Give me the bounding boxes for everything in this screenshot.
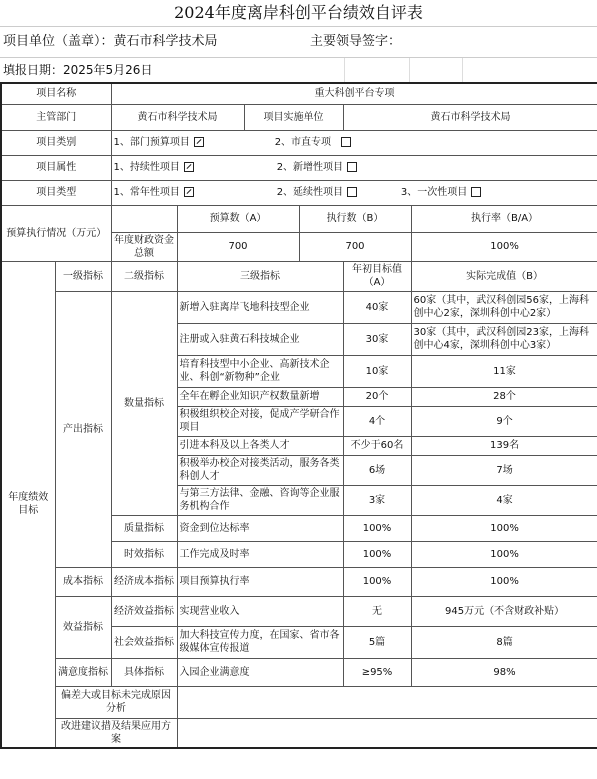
row-deviation: 偏差大或目标未完成原因分析: [1, 686, 597, 718]
indicator-name: 入园企业满意度: [177, 658, 343, 686]
target-value: 100%: [343, 541, 411, 567]
target-value: ≥95%: [343, 658, 411, 686]
satisfaction-indicator-label: 满意度指标: [55, 658, 111, 686]
indicator-name: 全年在孵企业知识产权数量新增: [177, 387, 343, 406]
indicator-name: 项目预算执行率: [177, 567, 343, 596]
evaluation-table: 项目名称 重大科创平台专项 主管部门 黄石市科学技术局 项目实施单位 黄石市科学…: [0, 82, 597, 749]
target-value: 3家: [343, 485, 411, 515]
actual-value: 100%: [411, 541, 597, 567]
checkbox-checked-icon[interactable]: [184, 187, 194, 197]
project-unit-label: 项目单位（盖章）：黄石市科学技术局: [3, 27, 218, 57]
attribute-options: 1、持续性项目 2、新增性项目: [111, 155, 597, 180]
row-project-name: 项目名称 重大科创平台专项: [1, 83, 597, 104]
checkbox-empty-icon[interactable]: [471, 187, 481, 197]
target-value: 不少于60名: [343, 436, 411, 455]
header-level1: 一级指标: [55, 261, 111, 291]
actual-value: 9个: [411, 406, 597, 436]
social-benefit-label: 社会效益指标: [111, 626, 177, 658]
budget-col-b: 执行数（B）: [299, 205, 411, 232]
target-value: 20个: [343, 387, 411, 406]
actual-value: 100%: [411, 567, 597, 596]
cost-indicator-label: 成本指标: [55, 567, 111, 596]
row-attribute: 项目属性 1、持续性项目 2、新增性项目: [1, 155, 597, 180]
type-options: 1、常年性项目 2、延续性项目 3、一次性项目: [111, 180, 597, 205]
quality-indicator-label: 质量指标: [111, 515, 177, 541]
deviation-label: 偏差大或目标未完成原因分析: [55, 686, 177, 718]
budget-rate-value: 100%: [411, 232, 597, 261]
table-row: 成本指标 经济成本指标 项目预算执行率 100% 100%: [1, 567, 597, 596]
econ-benefit-label: 经济效益指标: [111, 596, 177, 626]
indicator-name: 实现营业收入: [177, 596, 343, 626]
target-value: 6场: [343, 455, 411, 485]
row-improvement: 改进建议措及结果应用方案: [1, 718, 597, 748]
indicator-name: 与第三方法律、金融、咨询等企业服务机构合作: [177, 485, 343, 515]
row-budget-header: 预算执行情况（万元） 预算数（A） 执行数（B） 执行率（B/A）: [1, 205, 597, 232]
type-option-2[interactable]: 2、延续性项目: [277, 186, 398, 199]
econ-cost-label: 经济成本指标: [111, 567, 177, 596]
target-value: 100%: [343, 515, 411, 541]
category-option-1[interactable]: 1、部门预算项目: [114, 136, 272, 149]
benefit-indicator-label: 效益指标: [55, 596, 111, 658]
impl-unit-label: 项目实施单位: [244, 104, 343, 130]
deviation-value[interactable]: [177, 686, 597, 718]
indicator-name: 培育科技型中小企业、高新技术企业、科创“新物种”企业: [177, 355, 343, 387]
row-type: 项目类型 1、常年性项目 2、延续性项目 3、一次性项目: [1, 180, 597, 205]
actual-value: 7场: [411, 455, 597, 485]
checkbox-checked-icon[interactable]: [194, 137, 204, 147]
target-value: 无: [343, 596, 411, 626]
attribute-option-1[interactable]: 1、持续性项目: [114, 161, 274, 174]
budget-label: 预算执行情况（万元）: [1, 205, 111, 261]
leader-signature-label: 主要领导签字：: [310, 27, 401, 57]
actual-value: 4家: [411, 485, 597, 515]
evaluation-form: 2024年度离岸科创平台绩效自评表 项目单位（盖章）：黄石市科学技术局 主要领导…: [0, 0, 597, 779]
header-level3: 三级指标: [177, 261, 343, 291]
row-category: 项目类别 1、部门预算项目 2、市直专项: [1, 130, 597, 155]
row-perf-header: 年度绩效目标 一级指标 二级指标 三级指标 年初目标值（A） 实际完成值（B）: [1, 261, 597, 291]
project-name-label: 项目名称: [1, 83, 111, 104]
table-row: 产出指标 数量指标 新增入驻离岸飞地科技型企业 40家 60家（其中，武汉科创园…: [1, 291, 597, 323]
category-option-2[interactable]: 2、市直专项: [275, 136, 351, 149]
indicator-name: 注册或入驻黄石科技城企业: [177, 323, 343, 355]
category-options: 1、部门预算项目 2、市直专项: [111, 130, 597, 155]
category-label: 项目类别: [1, 130, 111, 155]
checkbox-checked-icon[interactable]: [184, 162, 194, 172]
impl-unit-value: 黄石市科学技术局: [343, 104, 597, 130]
target-value: 100%: [343, 567, 411, 596]
actual-value: 98%: [411, 658, 597, 686]
actual-value: 60家（其中，武汉科创园56家，上海科创中心2家，深圳科创中心2家）: [411, 291, 597, 323]
project-name-value: 重大科创平台专项: [111, 83, 597, 104]
actual-value: 28个: [411, 387, 597, 406]
budget-blank: [111, 205, 177, 232]
actual-value: 139名: [411, 436, 597, 455]
checkbox-empty-icon[interactable]: [347, 162, 357, 172]
budget-b-value: 700: [299, 232, 411, 261]
page-title: 2024年度离岸科创平台绩效自评表: [0, 0, 597, 27]
table-row: 效益指标 经济效益指标 实现营业收入 无 945万元（不含财政补贴）: [1, 596, 597, 626]
indicator-name: 资金到位达标率: [177, 515, 343, 541]
target-value: 5篇: [343, 626, 411, 658]
target-value: 4个: [343, 406, 411, 436]
time-indicator-label: 时效指标: [111, 541, 177, 567]
indicator-name: 工作完成及时率: [177, 541, 343, 567]
actual-value: 11家: [411, 355, 597, 387]
quantity-indicator-label: 数量指标: [111, 291, 177, 515]
indicator-name: 积极组织校企对接，促成产学研合作项目: [177, 406, 343, 436]
header-actual: 实际完成值（B）: [411, 261, 597, 291]
dept-value: 黄石市科学技术局: [111, 104, 244, 130]
attribute-label: 项目属性: [1, 155, 111, 180]
improvement-value[interactable]: [177, 718, 597, 748]
actual-value: 100%: [411, 515, 597, 541]
dept-label: 主管部门: [1, 104, 111, 130]
specific-indicator-label: 具体指标: [111, 658, 177, 686]
attribute-option-2[interactable]: 2、新增性项目: [277, 161, 357, 174]
output-indicator-label: 产出指标: [55, 291, 111, 567]
date-line: 填报日期：2025年5月26日: [0, 58, 597, 82]
row-dept: 主管部门 黄石市科学技术局 项目实施单位 黄石市科学技术局: [1, 104, 597, 130]
actual-value: 30家（其中，武汉科创园23家，上海科创中心4家，深圳科创中心3家）: [411, 323, 597, 355]
unit-line: 项目单位（盖章）：黄石市科学技术局 主要领导签字：: [0, 27, 597, 58]
indicator-name: 新增入驻离岸飞地科技型企业: [177, 291, 343, 323]
type-option-1[interactable]: 1、常年性项目: [114, 186, 274, 199]
improvement-label: 改进建议措及结果应用方案: [55, 718, 177, 748]
type-label: 项目类型: [1, 180, 111, 205]
actual-value: 945万元（不含财政补贴）: [411, 596, 597, 626]
target-value: 40家: [343, 291, 411, 323]
fill-date: 填报日期：2025年5月26日: [3, 58, 152, 82]
target-value: 10家: [343, 355, 411, 387]
budget-col-a: 预算数（A）: [177, 205, 299, 232]
header-target: 年初目标值（A）: [343, 261, 411, 291]
header-level2: 二级指标: [111, 261, 177, 291]
actual-value: 8篇: [411, 626, 597, 658]
type-option-3[interactable]: 3、一次性项目: [401, 186, 481, 199]
indicator-name: 加大科技宣传力度，在国家、省市各级媒体宣传报道: [177, 626, 343, 658]
budget-row-label: 年度财政资金总额: [111, 232, 177, 261]
budget-a-value: 700: [177, 232, 299, 261]
table-row: 满意度指标 具体指标 入园企业满意度 ≥95% 98%: [1, 658, 597, 686]
checkbox-empty-icon[interactable]: [341, 137, 351, 147]
indicator-name: 引进本科及以上各类人才: [177, 436, 343, 455]
target-value: 30家: [343, 323, 411, 355]
annual-perf-label: 年度绩效目标: [1, 261, 55, 748]
checkbox-empty-icon[interactable]: [347, 187, 357, 197]
indicator-name: 积极举办校企对接类活动，服务各类科创人才: [177, 455, 343, 485]
budget-col-rate: 执行率（B/A）: [411, 205, 597, 232]
